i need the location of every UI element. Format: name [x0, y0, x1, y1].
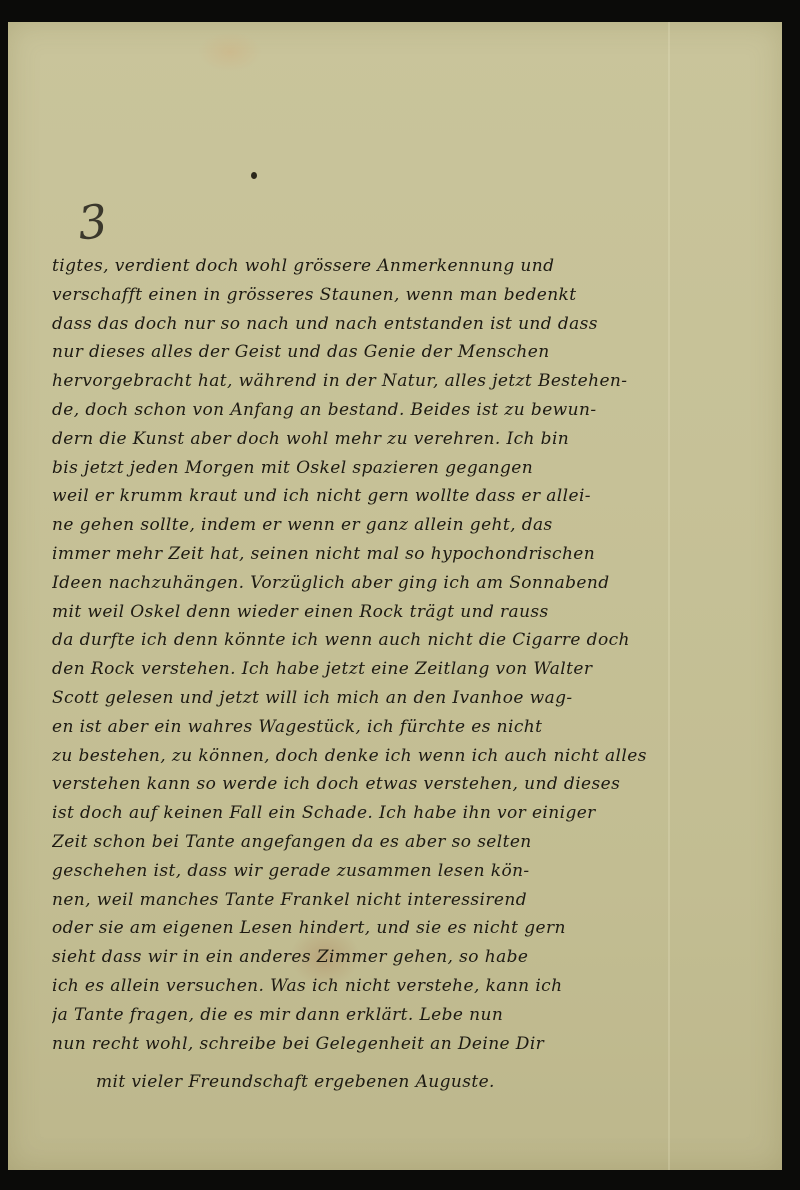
text-line: Zeit schon bei Tante angefangen da es ab… [52, 828, 782, 857]
ink-spot [251, 172, 257, 179]
text-line: nen, weil manches Tante Frankel nicht in… [52, 886, 782, 915]
text-line: ja Tante fragen, die es mir dann erklärt… [52, 1001, 782, 1030]
text-line: verschafft einen in grösseres Staunen, w… [52, 281, 782, 310]
text-line: verstehen kann so werde ich doch etwas v… [52, 770, 782, 799]
scan-background: 3 tigtes, verdient doch wohl grössere An… [0, 0, 800, 1190]
text-line: geschehen ist, dass wir gerade zusammen … [52, 857, 782, 886]
text-line: ist doch auf keinen Fall ein Schade. Ich… [52, 799, 782, 828]
text-line: da durfte ich denn könnte ich wenn auch … [52, 626, 782, 655]
text-line: de, doch schon von Anfang an bestand. Be… [52, 396, 782, 425]
text-line: nur dieses alles der Geist und das Genie… [52, 338, 782, 367]
closing-signature: mit vieler Freundschaft ergebenen August… [96, 1072, 495, 1092]
text-line: zu bestehen, zu können, doch denke ich w… [52, 742, 782, 771]
text-line: bis jetzt jeden Morgen mit Oskel spazier… [52, 454, 782, 483]
text-line: Ideen nachzuhängen. Vorzüglich aber ging… [52, 569, 782, 598]
text-line: en ist aber ein wahres Wagestück, ich fü… [52, 713, 782, 742]
text-line: sieht dass wir in ein anderes Zimmer geh… [52, 943, 782, 972]
text-line: nun recht wohl, schreibe bei Gelegenheit… [52, 1030, 782, 1059]
text-line: tigtes, verdient doch wohl grössere Anme… [52, 252, 782, 281]
text-line: ne gehen sollte, indem er wenn er ganz a… [52, 511, 782, 540]
text-line: dern die Kunst aber doch wohl mehr zu ve… [52, 425, 782, 454]
text-line: weil er krumm kraut und ich nicht gern w… [52, 482, 782, 511]
text-line: ich es allein versuchen. Was ich nicht v… [52, 972, 782, 1001]
letter-body: tigtes, verdient doch wohl grössere Anme… [52, 252, 782, 1058]
text-line: immer mehr Zeit hat, seinen nicht mal so… [52, 540, 782, 569]
page-number: 3 [75, 194, 110, 251]
text-line: dass das doch nur so nach und nach entst… [52, 310, 782, 339]
paper-stain [198, 32, 262, 72]
text-line: mit weil Oskel denn wieder einen Rock tr… [52, 598, 782, 627]
text-line: oder sie am eigenen Lesen hindert, und s… [52, 914, 782, 943]
text-line: hervorgebracht hat, während in der Natur… [52, 367, 782, 396]
text-line: Scott gelesen und jetzt will ich mich an… [52, 684, 782, 713]
text-line: den Rock verstehen. Ich habe jetzt eine … [52, 655, 782, 684]
